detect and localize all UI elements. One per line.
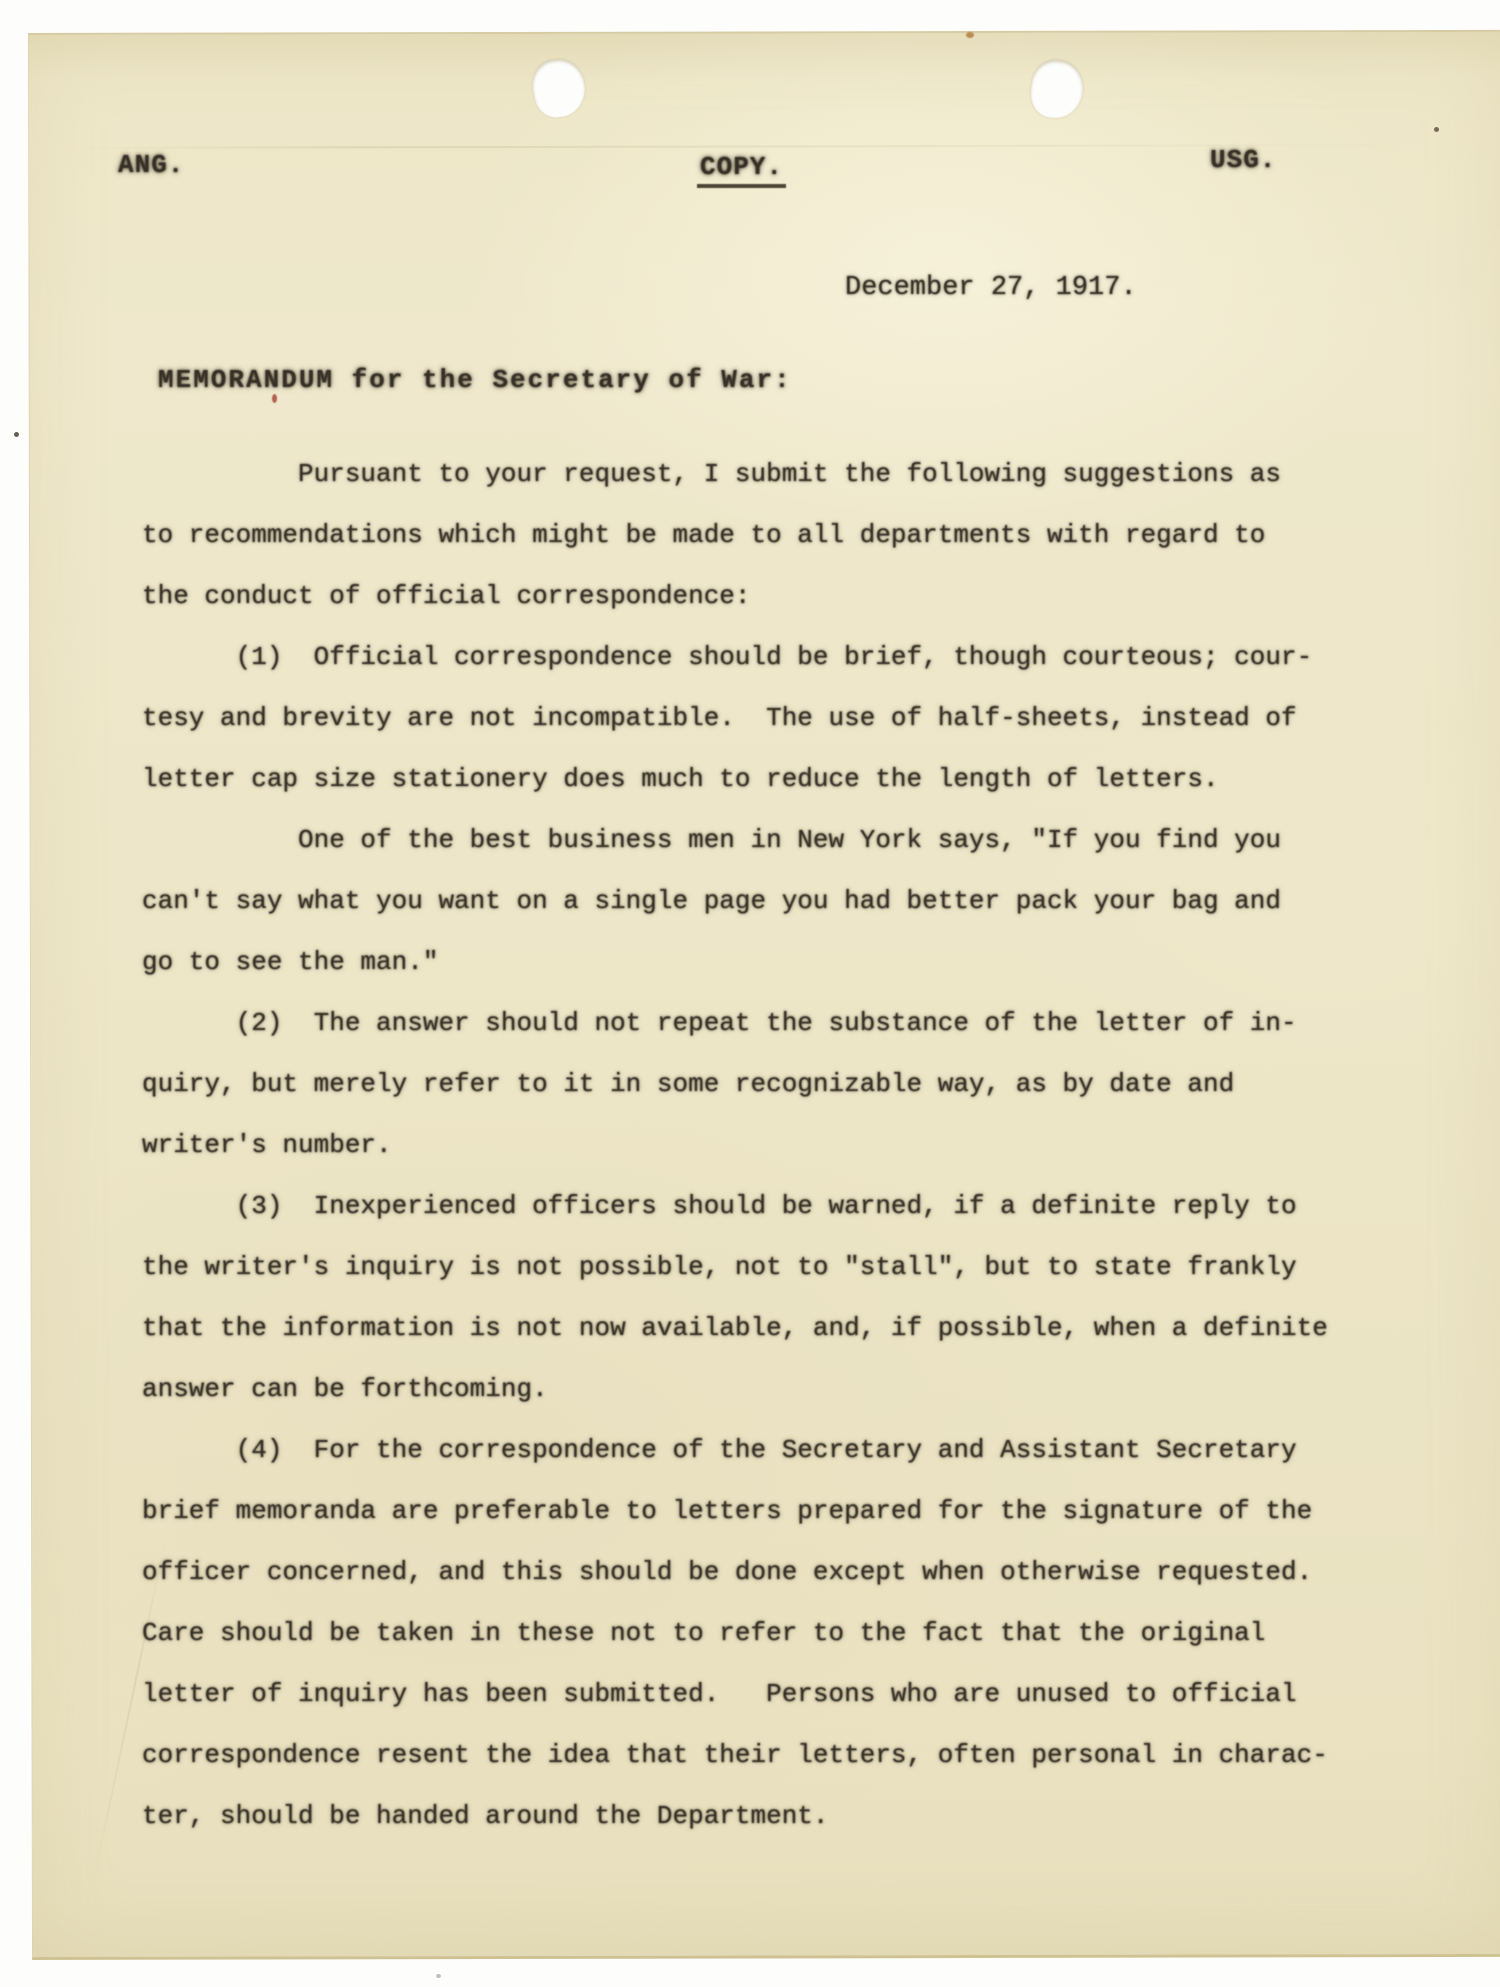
dust-speck bbox=[14, 432, 19, 437]
header-copy-label: COPY. bbox=[697, 154, 786, 188]
ink-speck bbox=[272, 394, 277, 403]
paper-crease-horizontal bbox=[69, 144, 1500, 149]
memorandum-salutation: MEMORANDUM for the Secretary of War: bbox=[158, 367, 792, 393]
memorandum-body: Pursuant to your request, I submit the f… bbox=[142, 444, 1328, 1847]
header-left-initials: ANG. bbox=[118, 152, 184, 178]
dust-speck bbox=[1434, 127, 1439, 132]
date-line: December 27, 1917. bbox=[845, 275, 1137, 302]
rust-speck bbox=[966, 32, 974, 38]
dust-speck bbox=[436, 1974, 441, 1978]
header-right-initials: USG. bbox=[1210, 147, 1276, 173]
